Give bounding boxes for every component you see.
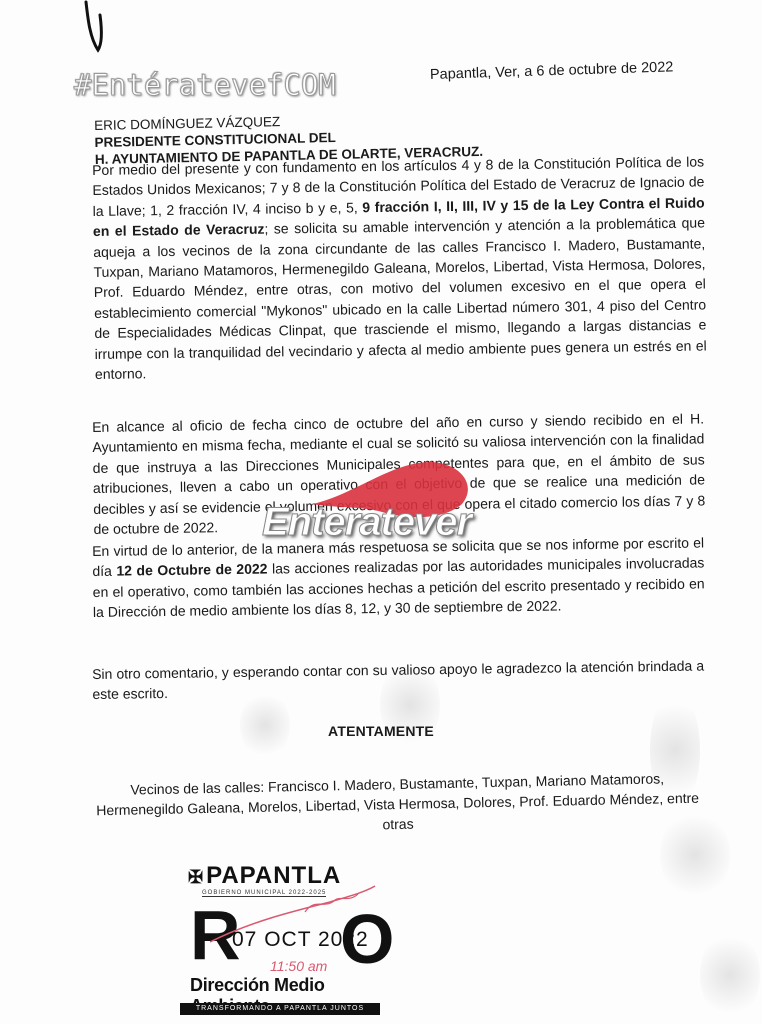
- paragraph-text: ; se solicita su amable intervención y a…: [93, 215, 707, 382]
- closing-salutation: ATENTAMENTE: [0, 723, 762, 739]
- emblem-icon: ✠: [188, 867, 204, 887]
- watermark-hashtag: #EntératevefCOM: [74, 68, 336, 102]
- reception-stamp: ✠PAPANTLA GOBIERNO MUNICIPAL 2022-2025 R…: [180, 862, 385, 1024]
- deadline-date: 12 de Octubre de 2022: [116, 561, 267, 579]
- handwritten-mark-icon: [80, 0, 120, 55]
- place-and-date: Papantla, Ver, a 6 de octubre de 2022: [430, 59, 674, 83]
- signature-scribble-icon: [210, 882, 380, 952]
- stamp-slogan-band: TRANSFORMANDO A PAPANTLA JUNTOS: [180, 1003, 380, 1015]
- paragraph-closing: Sin otro comentario, y esperando contar …: [92, 655, 705, 704]
- scanned-letter-page: #EntératevefCOM Papantla, Ver, a 6 de oc…: [0, 0, 762, 1024]
- watermark-text: Enteratever: [262, 500, 471, 545]
- paragraph-legal-basis: Por medio del presente y con fundamento …: [92, 151, 707, 384]
- stamp-handwritten-time: 11:50 am: [270, 958, 327, 974]
- scan-noise: [700, 930, 760, 1020]
- watermark-logo: Enteratever: [262, 456, 492, 556]
- signatories: Vecinos de las calles: Francisco I. Made…: [92, 768, 703, 841]
